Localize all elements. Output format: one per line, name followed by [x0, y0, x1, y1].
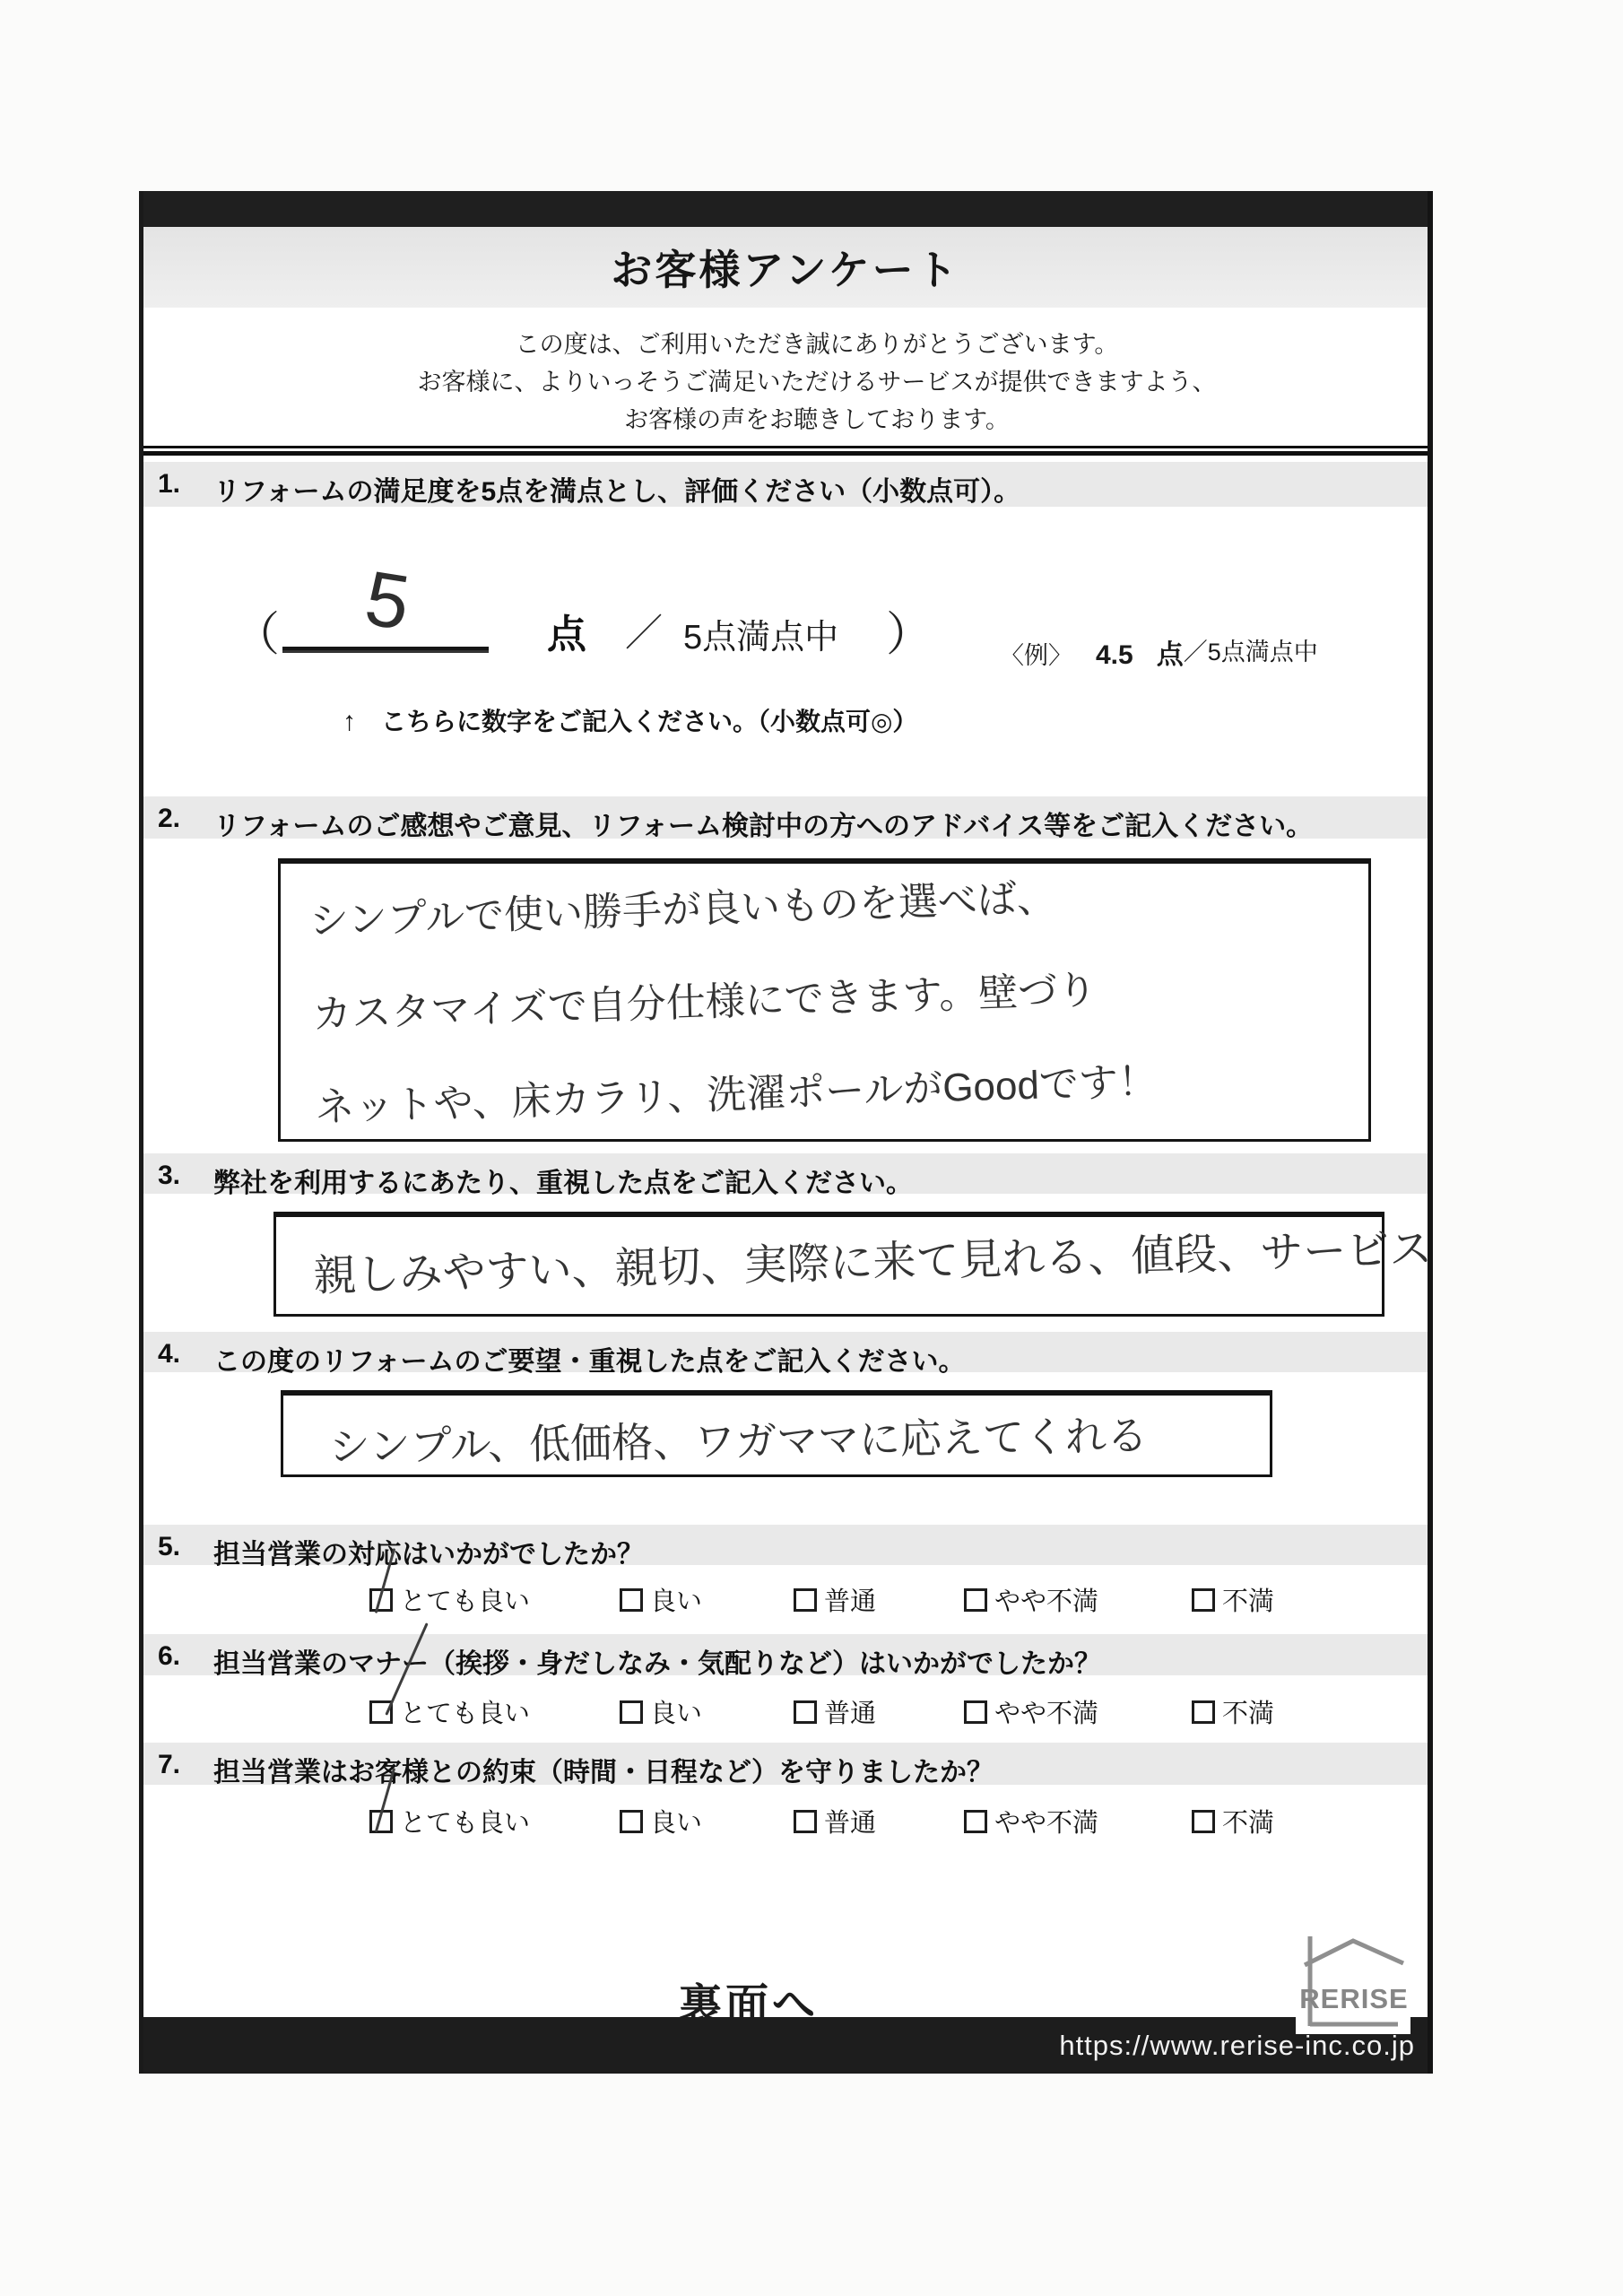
q5-option-dissatisfied: 不満	[1192, 1581, 1274, 1618]
q4-answer-box[interactable]: シンプル、低価格、ワガママに応えてくれる	[281, 1390, 1272, 1477]
option-label: 不満	[1222, 1581, 1274, 1618]
q1-example: 〈例〉 4.5 点 ／5点満点中	[1000, 632, 1318, 672]
company-logo: RERISE	[1296, 1928, 1410, 2034]
checkbox-unchecked[interactable]	[1192, 1810, 1215, 1833]
q1-example-prefix: 〈例〉	[1000, 636, 1072, 671]
question-7-number: 7.	[158, 1750, 180, 1780]
q5-option-good: 良い	[620, 1581, 702, 1618]
option-label: 不満	[1222, 1693, 1274, 1730]
q7-option-good: 良い	[620, 1803, 702, 1839]
q5-options-row: とても良い 良い 普通 やや不満 不満	[143, 1581, 1428, 1619]
q1-max-label: 5点満点中	[683, 609, 838, 658]
intro-line-1: この度は、ご利用いただき誠にありがとうございます。	[206, 326, 1428, 363]
q1-open-paren: （	[233, 596, 280, 664]
question-3-number: 3.	[158, 1161, 180, 1191]
option-label: とても良い	[400, 1693, 530, 1730]
question-3-label: 弊社を利用するにあたり、重視した点をご記入ください。	[213, 1161, 913, 1200]
checkbox-unchecked[interactable]	[1192, 1700, 1215, 1724]
question-2-number: 2.	[158, 804, 180, 834]
q1-example-value: 4.5	[1096, 640, 1133, 671]
q1-hint: ↑ こちらに数字をご記入ください。（小数点可◎）	[343, 702, 917, 738]
scanned-survey-page: お客様アンケート この度は、ご利用いただき誠にありがとうございます。 お客様に、…	[0, 0, 1623, 2296]
q6-option-good: 良い	[620, 1693, 702, 1730]
option-label: 普通	[824, 1803, 876, 1839]
question-1-label: リフォームの満足度を5点を満点とし、評価ください（小数点可）。	[213, 469, 1020, 509]
question-1-header: 1. リフォームの満足度を5点を満点とし、評価ください（小数点可）。	[143, 462, 1428, 507]
question-4-header: 4. この度のリフォームのご要望・重視した点をご記入ください。	[143, 1332, 1428, 1372]
option-label: とても良い	[400, 1581, 530, 1618]
question-6-number: 6.	[158, 1641, 180, 1672]
q7-option-dissatisfied: 不満	[1192, 1803, 1274, 1839]
checkbox-unchecked[interactable]	[794, 1588, 817, 1612]
q7-options-row: とても良い 良い 普通 やや不満 不満	[143, 1803, 1428, 1840]
checkbox-unchecked[interactable]	[964, 1700, 987, 1724]
bottom-black-bar: https://www.rerise-inc.co.jp	[143, 2017, 1428, 2074]
section-divider	[143, 446, 1428, 456]
q1-close-paren: ）	[886, 596, 933, 664]
option-label: 良い	[650, 1803, 702, 1839]
question-4-number: 4.	[158, 1339, 180, 1370]
question-4-label: この度のリフォームのご要望・重視した点をご記入ください。	[213, 1339, 966, 1378]
question-3-header: 3. 弊社を利用するにあたり、重視した点をご記入ください。	[143, 1153, 1428, 1194]
logo-text: RERISE	[1299, 1983, 1408, 2014]
checkbox-unchecked[interactable]	[620, 1700, 643, 1724]
checkbox-unchecked[interactable]	[794, 1810, 817, 1833]
page-title: お客様アンケート	[611, 238, 959, 297]
intro-line-2: お客様に、よりいっそうご満足いただけるサービスが提供できますよう、	[206, 363, 1428, 401]
q6-options-row: とても良い 良い 普通 やや不満 不満	[143, 1693, 1428, 1731]
q1-hint-text: こちらに数字をご記入ください。（小数点可◎）	[381, 702, 917, 738]
option-label: とても良い	[400, 1803, 530, 1839]
q6-option-normal: 普通	[794, 1693, 876, 1730]
q6-option-dissatisfied: 不満	[1192, 1693, 1274, 1730]
q7-option-very-good: とても良い	[369, 1803, 530, 1839]
q2-answer-box[interactable]: シンプルで使い勝手が良いものを選べば、 カスタマイズで自分仕様にできます。壁づり…	[278, 858, 1371, 1142]
q1-slash: ／	[625, 604, 663, 657]
q6-option-somewhat-dissatisfied: やや不満	[964, 1693, 1098, 1730]
option-label: 普通	[824, 1581, 876, 1618]
q3-handwritten-answer: 親しみやすい、親切、実際に来て見れる、値段、サービス	[276, 1190, 1384, 1304]
question-1-number: 1.	[158, 469, 180, 500]
checkbox-unchecked[interactable]	[620, 1810, 643, 1833]
intro-text: この度は、ご利用いただき誠にありがとうございます。 お客様に、よりいっそうご満足…	[143, 326, 1428, 439]
q7-option-normal: 普通	[794, 1803, 876, 1839]
q1-point-label: 点	[547, 602, 586, 659]
q1-answer-underline[interactable]	[282, 644, 489, 650]
question-5-number: 5.	[158, 1532, 180, 1562]
up-arrow-icon: ↑	[343, 707, 356, 737]
option-label: やや不満	[994, 1581, 1098, 1618]
question-5-label: 担当営業の対応はいかがでしたか？	[213, 1532, 644, 1571]
house-logo-icon: RERISE	[1297, 1929, 1410, 2033]
q2-handwritten-answer: シンプルで使い勝手が良いものを選べば、 カスタマイズで自分仕様にできます。壁づり…	[281, 830, 1377, 1156]
option-label: 良い	[650, 1581, 702, 1618]
question-6-header: 6. 担当営業のマナー（挨拶・身だしなみ・気配りなど）はいかがでしたか？	[143, 1634, 1428, 1675]
option-label: やや不満	[994, 1803, 1098, 1839]
option-label: 普通	[824, 1693, 876, 1730]
question-7-label: 担当営業はお客様との約束（時間・日程など）を守りましたか？	[213, 1750, 994, 1789]
checkbox-unchecked[interactable]	[964, 1588, 987, 1612]
intro-line-3: お客様の声をお聴きしております。	[206, 401, 1428, 439]
checkbox-unchecked[interactable]	[964, 1810, 987, 1833]
question-7-header: 7. 担当営業はお客様との約束（時間・日程など）を守りましたか？	[143, 1743, 1428, 1785]
q4-handwritten-answer: シンプル、低価格、ワガママに応えてくれる	[283, 1382, 1271, 1474]
question-5-header: 5. 担当営業の対応はいかがでしたか？	[143, 1525, 1428, 1565]
q5-option-somewhat-dissatisfied: やや不満	[964, 1581, 1098, 1618]
top-black-bar	[143, 191, 1428, 227]
option-label: やや不満	[994, 1693, 1098, 1730]
question-6-label: 担当営業のマナー（挨拶・身だしなみ・気配りなど）はいかがでしたか？	[213, 1641, 1101, 1681]
title-band: お客様アンケート	[143, 227, 1428, 308]
survey-sheet: お客様アンケート この度は、ご利用いただき誠にありがとうございます。 お客様に、…	[139, 191, 1433, 2074]
q3-answer-box[interactable]: 親しみやすい、親切、実際に来て見れる、値段、サービス	[273, 1212, 1384, 1317]
option-label: 不満	[1222, 1803, 1274, 1839]
q1-handwritten-score: 5	[360, 554, 416, 648]
question-2-header: 2. リフォームのご感想やご意見、リフォーム検討中の方へのアドバイス等をご記入く…	[143, 796, 1428, 839]
q5-option-very-good: とても良い	[369, 1581, 530, 1618]
q1-example-point: 点	[1157, 632, 1184, 672]
option-label: 良い	[650, 1693, 702, 1730]
checkbox-unchecked[interactable]	[794, 1700, 817, 1724]
q7-option-somewhat-dissatisfied: やや不満	[964, 1803, 1098, 1839]
q5-option-normal: 普通	[794, 1581, 876, 1618]
checkbox-unchecked[interactable]	[620, 1588, 643, 1612]
q1-example-rest: ／5点満点中	[1184, 632, 1318, 672]
checkbox-unchecked[interactable]	[1192, 1588, 1215, 1612]
